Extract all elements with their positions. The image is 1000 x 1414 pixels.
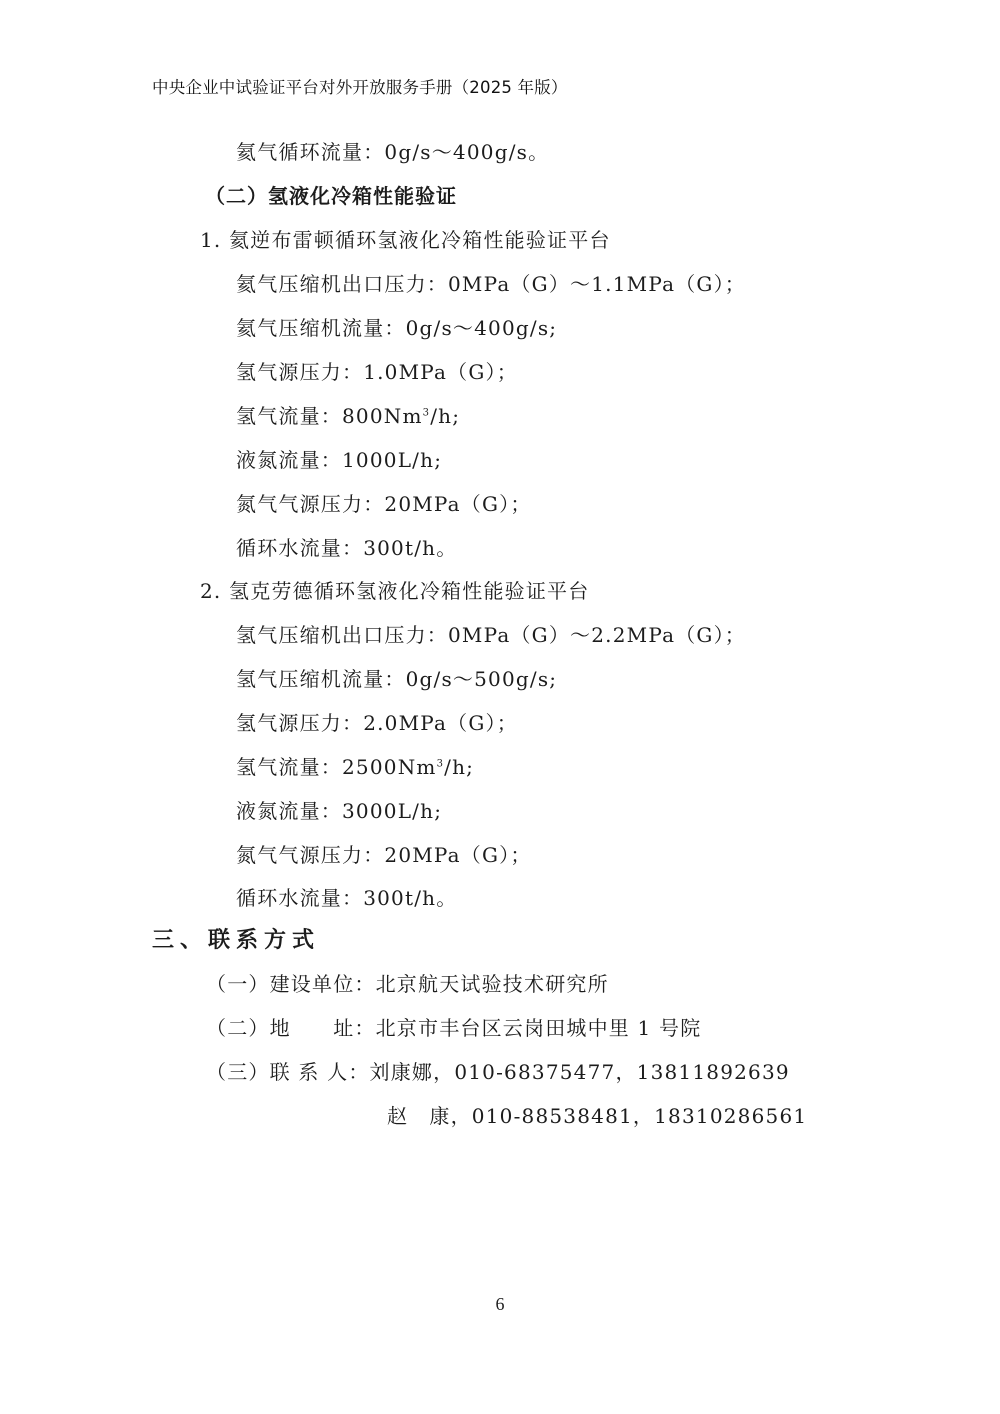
spec-line: 氦气压缩机流量：0g/s～400g/s;	[236, 312, 557, 341]
spec-line: 循环水流量：300t/h。	[236, 882, 457, 911]
spec-line: 氮气气源压力：20MPa（G）；	[236, 488, 532, 517]
superscript: 3	[437, 758, 445, 769]
spec-suffix: /h;	[430, 404, 460, 428]
platform-2-title: 2. 氢克劳德循环氢液化冷箱性能验证平台	[200, 575, 589, 604]
spec-line: 氦气压缩机出口压力：0MPa（G）～1.1MPa（G）；	[236, 268, 746, 297]
carryover-spec-line: 氦气循环流量：0g/s～400g/s。	[236, 136, 549, 165]
platform-1-title: 1. 氦逆布雷顿循环氢液化冷箱性能验证平台	[200, 224, 611, 253]
spec-line: 氢气源压力：2.0MPa（G）；	[236, 707, 518, 736]
contact-line: （三）联 系 人：刘康娜，010-68375477，13811892639	[206, 1056, 790, 1085]
spec-line: 氮气气源压力：20MPa（G）；	[236, 839, 532, 868]
spec-line: 液氮流量：3000L/h;	[236, 795, 442, 824]
spec-line: 氢气压缩机出口压力：0MPa（G）～2.2MPa（G）；	[236, 619, 746, 648]
page-number: 6	[0, 1294, 1000, 1315]
spec-text: 氢气流量：2500Nm	[236, 755, 437, 779]
contact-line: （二）地 址：北京市丰台区云岗田城中里 1 号院	[206, 1012, 701, 1041]
spec-line: 氢气流量：800Nm3/h;	[236, 400, 460, 429]
subsection-heading: （二）氢液化冷箱性能验证	[205, 180, 457, 209]
spec-text: 氢气流量：800Nm	[236, 404, 423, 428]
spec-suffix: /h;	[444, 755, 474, 779]
spec-line: 氢气压缩机流量：0g/s～500g/s;	[236, 663, 557, 692]
contact-line: （一）建设单位：北京航天试验技术研究所	[206, 968, 609, 997]
spec-line: 循环水流量：300t/h。	[236, 532, 457, 561]
running-header: 中央企业中试验证平台对外开放服务手册（2025 年版）	[152, 74, 568, 98]
spec-line: 液氮流量：1000L/h;	[236, 444, 442, 473]
section-heading: 三、联系方式	[152, 923, 320, 954]
contact-line-continuation: 赵 康，010-88538481，18310286561	[387, 1100, 807, 1129]
spec-line: 氢气流量：2500Nm3/h;	[236, 751, 474, 780]
spec-line: 氢气源压力：1.0MPa（G）；	[236, 356, 518, 385]
